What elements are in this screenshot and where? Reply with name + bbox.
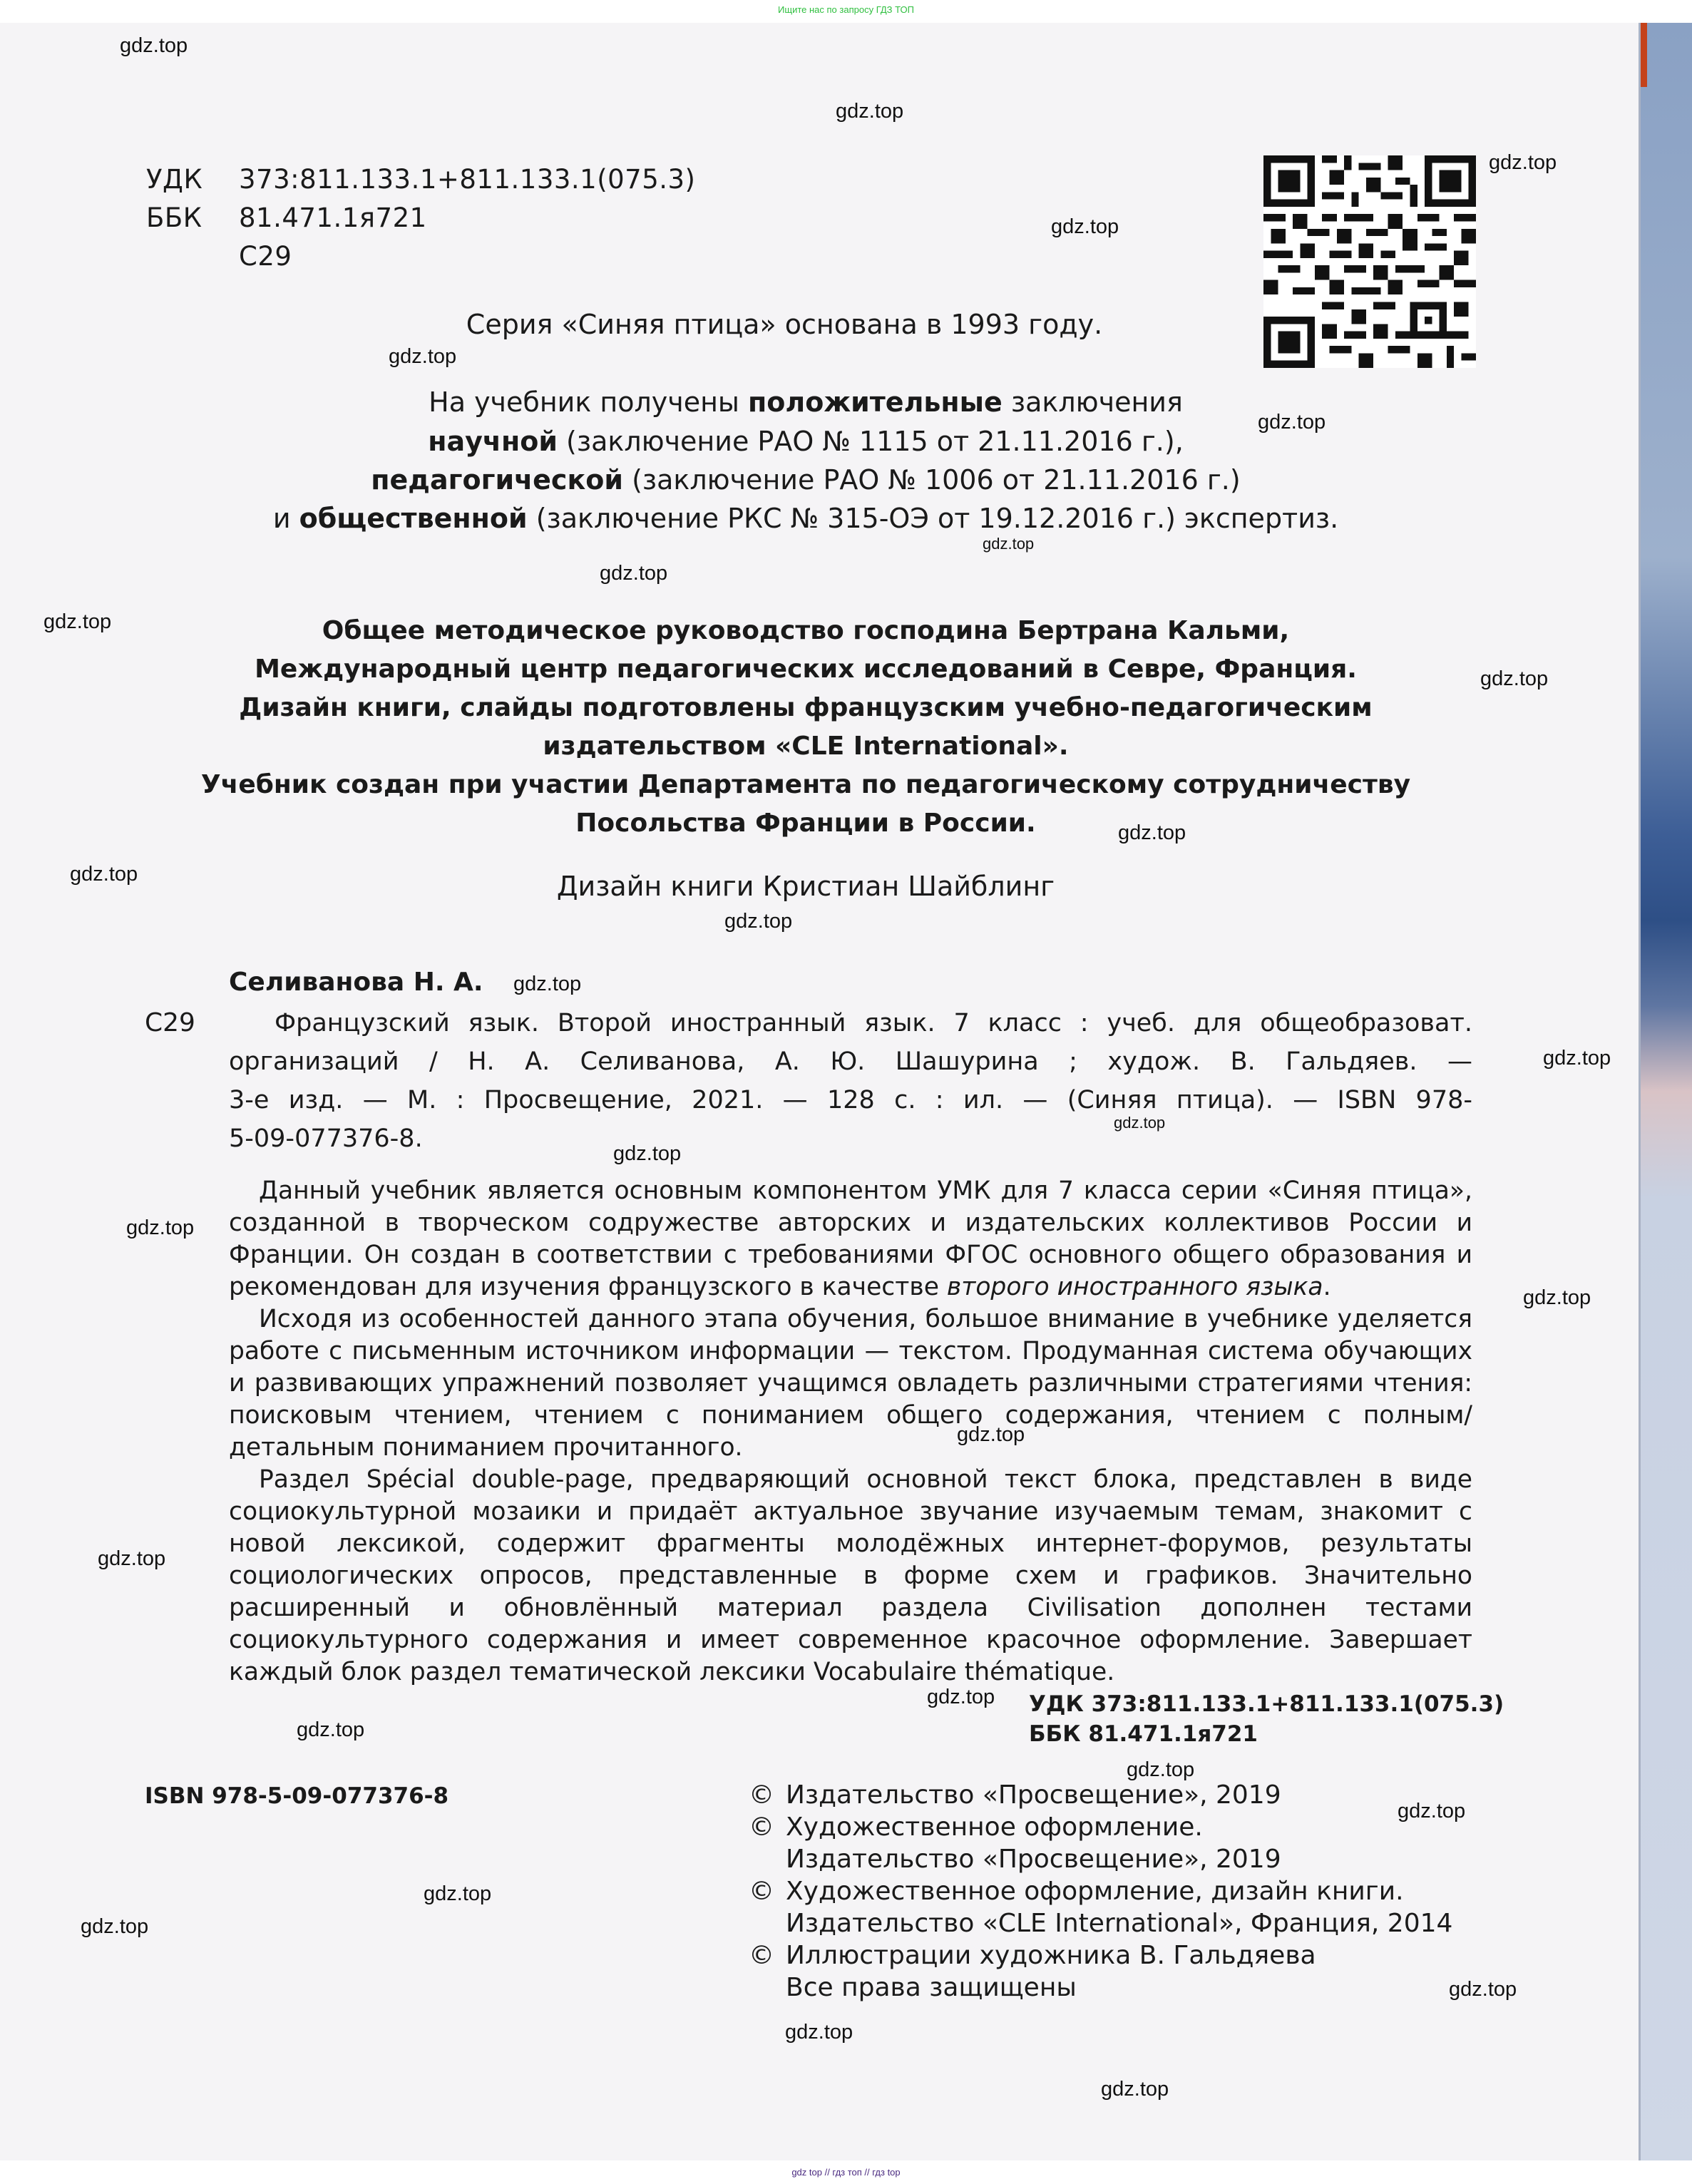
expertise-text: На учебник получены xyxy=(429,386,748,418)
copyright-item: © Художественное оформление, дизайн книг… xyxy=(749,1875,1452,1939)
watermark: gdz.top xyxy=(1114,1114,1165,1132)
expertise-line-4: и общественной (заключение РКС № 315-ОЭ … xyxy=(0,499,1611,538)
credits-line: Посольства Франции в России. xyxy=(0,804,1611,843)
watermark: gdz.top xyxy=(1118,821,1186,845)
annotation-italic: второго иностранного языка xyxy=(947,1273,1323,1301)
udk-value: 373:811.133.1+811.133.1(075.3) xyxy=(239,164,696,195)
annotation-paragraph-2: Исходя из особенностей данного этапа обу… xyxy=(229,1303,1472,1464)
expertise-line-2: научной (заключение РАО № 1115 от 21.11.… xyxy=(0,422,1611,461)
credits-line: издательством «CLE International». xyxy=(0,727,1611,766)
rights-text: Все права защищены xyxy=(786,1972,1452,2004)
copyright-text: Иллюстрации художника В. Гальдяева xyxy=(786,1939,1452,1972)
author-mark: С29 xyxy=(145,1005,195,1041)
binding-edge xyxy=(1639,23,1641,2160)
author-mark-top: С29 xyxy=(239,238,292,275)
watermark: gdz.top xyxy=(957,1423,1025,1447)
watermark: gdz.top xyxy=(1449,1978,1517,2001)
bbk-top: ББК81.471.1я721 xyxy=(146,200,427,237)
copyright-list: © Издательство «Просвещение», 2019 © Худ… xyxy=(749,1779,1452,2004)
watermark: gdz.top xyxy=(98,1547,165,1571)
watermark: gdz.top xyxy=(424,1882,491,1906)
watermark: gdz.top xyxy=(389,345,456,369)
watermark: gdz.top xyxy=(81,1915,148,1939)
credits-line: Учебник создан при участии Департамента … xyxy=(0,766,1611,804)
copyright-text: Издательство «CLE International», Франци… xyxy=(786,1907,1452,1939)
cover-red-accent xyxy=(1640,23,1647,87)
watermark: gdz.top xyxy=(836,100,903,123)
copyright-icon: © xyxy=(749,1811,774,1843)
watermark: gdz.top xyxy=(983,535,1034,553)
watermark: gdz.top xyxy=(600,562,667,585)
expertise-bold: педагогической xyxy=(371,464,623,496)
watermark: gdz.top xyxy=(1543,1047,1611,1070)
expertise-text: заключения xyxy=(1003,386,1183,418)
rights-item: Все права защищены xyxy=(749,1972,1452,2004)
watermark: gdz.top xyxy=(1480,667,1548,691)
credits-line: Международный центр педагогических иссле… xyxy=(0,650,1611,689)
isbn: ISBN 978-5-09-077376-8 xyxy=(145,1780,448,1812)
watermark: gdz.top xyxy=(126,1216,194,1240)
expertise-line-1: На учебник получены положительные заключ… xyxy=(0,383,1611,421)
bib-line-4: 5-09-077376-8. xyxy=(229,1121,423,1157)
watermark: gdz.top xyxy=(1523,1286,1591,1310)
bbk-value: 81.471.1я721 xyxy=(239,202,427,233)
watermark: gdz.top xyxy=(43,610,111,634)
watermark: gdz.top xyxy=(785,2021,853,2044)
expertise-text: и xyxy=(273,503,299,534)
copyright-text: Художественное оформление. xyxy=(786,1811,1452,1843)
copyright-text: Издательство «Просвещение», 2019 xyxy=(786,1779,1452,1811)
expertise-text: (заключение РКС № 315-ОЭ от 19.12.2016 г… xyxy=(528,503,1339,534)
annotation-text: . xyxy=(1323,1273,1331,1301)
watermark: gdz.top xyxy=(1489,151,1557,175)
watermark: gdz.top xyxy=(724,910,792,933)
copyright-text: Издательство «Просвещение», 2019 xyxy=(786,1843,1452,1875)
watermark: gdz.top xyxy=(1101,2078,1169,2101)
copyright-item: © Художественное оформление. Издательств… xyxy=(749,1811,1452,1875)
bib-line-3: 3-е изд. — М. : Просвещение, 2021. — 128… xyxy=(229,1082,1472,1118)
expertise-bold: общественной xyxy=(299,503,528,534)
expertise-text: (заключение РАО № 1115 от 21.11.2016 г.)… xyxy=(558,426,1184,457)
author-heading: Селиванова Н. А. xyxy=(229,965,483,1000)
designer-line: Дизайн книги Кристиан Шайблинг xyxy=(0,867,1611,906)
credits-line: Дизайн книги, слайды подготовлены францу… xyxy=(0,689,1611,727)
watermark: gdz.top xyxy=(513,973,581,996)
credits-line: Общее методическое руководство господина… xyxy=(0,612,1611,650)
cover-photo-strip xyxy=(1640,23,1692,2160)
watermark: gdz.top xyxy=(1127,1758,1194,1782)
annotation-paragraph-3: Раздел Spécial double-page, предваряющий… xyxy=(229,1464,1472,1688)
watermark: gdz.top xyxy=(1398,1800,1465,1823)
watermark: gdz.top xyxy=(927,1686,995,1709)
expertise-text: (заключение РАО № 1006 от 21.11.2016 г.) xyxy=(623,464,1241,496)
bib-line-2: организаций / Н. А. Селиванова, А. Ю. Ша… xyxy=(229,1044,1472,1080)
copyright-item: © Издательство «Просвещение», 2019 xyxy=(749,1779,1452,1811)
copyright-icon: © xyxy=(749,1939,774,1972)
expertise-bold: научной xyxy=(428,426,558,457)
expertise-line-3: педагогической (заключение РАО № 1006 от… xyxy=(0,461,1611,499)
bib-line-1: Французский язык. Второй иностранный язы… xyxy=(275,1005,1472,1041)
copyright-icon: © xyxy=(749,1779,774,1811)
udk-top: УДК373:811.133.1+811.133.1(075.3) xyxy=(146,161,696,198)
copyright-item: © Иллюстрации художника В. Гальдяева xyxy=(749,1939,1452,1972)
copyright-text: Художественное оформление, дизайн книги. xyxy=(786,1875,1452,1907)
annotation-paragraph-1: Данный учебник является основным компоне… xyxy=(229,1175,1472,1303)
top-search-banner: Ищите нас по запросу ГДЗ ТОП xyxy=(0,0,1692,23)
series-note: Серия «Синяя птица» основана в 1993 году… xyxy=(0,305,1569,344)
watermark: gdz.top xyxy=(70,863,138,886)
expertise-bold: положительные xyxy=(748,386,1003,418)
bbk-bottom: ББК 81.471.1я721 xyxy=(1029,1718,1258,1750)
watermark: gdz.top xyxy=(1051,215,1119,239)
watermark: gdz.top xyxy=(613,1142,681,1166)
watermark: gdz.top xyxy=(297,1718,364,1742)
watermark: gdz.top xyxy=(120,34,188,58)
udk-label: УДК xyxy=(146,161,239,198)
annotation: Данный учебник является основным компоне… xyxy=(229,1175,1472,1688)
copyright-icon: © xyxy=(749,1875,774,1907)
bbk-label: ББК xyxy=(146,200,239,237)
bottom-watermark-banner: gdz top // гдз топ // гдз top xyxy=(0,2160,1692,2184)
watermark: gdz.top xyxy=(1258,411,1326,434)
udk-bottom: УДК 373:811.133.1+811.133.1(075.3) xyxy=(1029,1688,1504,1720)
